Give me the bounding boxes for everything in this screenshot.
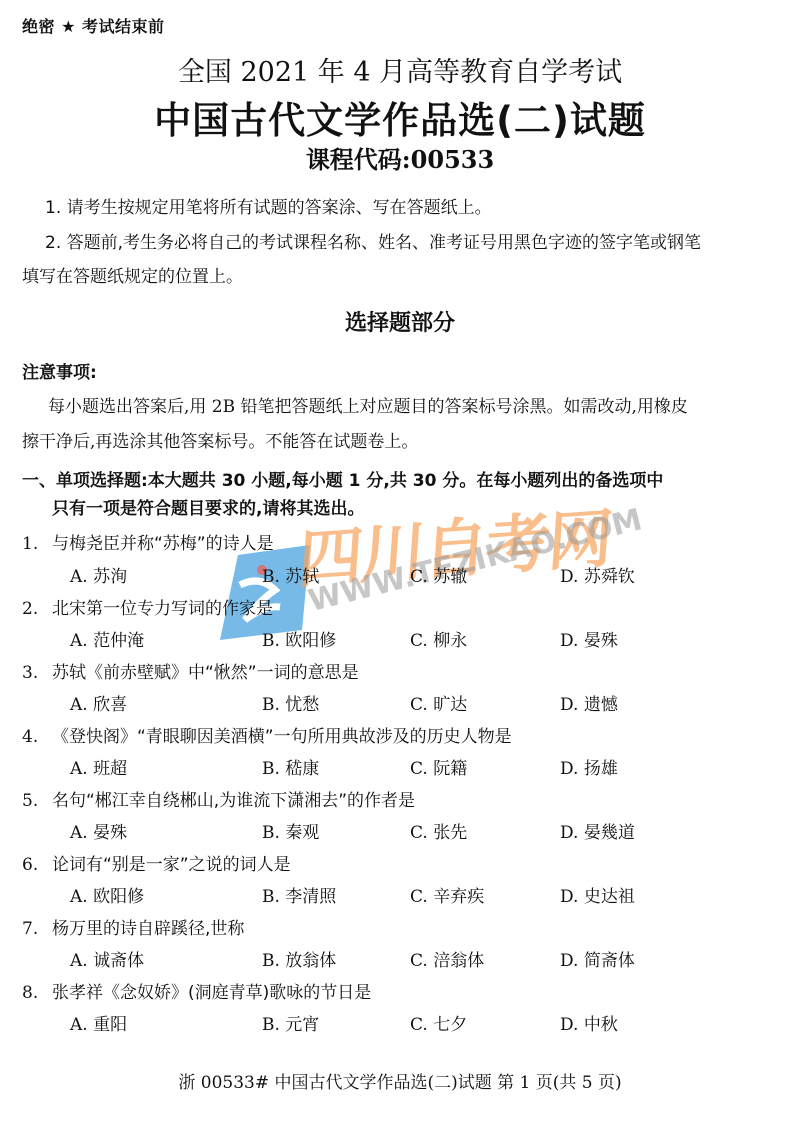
question-3: 3.苏轼《前赤壁赋》中“愀然”一词的意思是 bbox=[22, 658, 359, 683]
question-2: 2.北宋第一位专力写词的作家是 bbox=[22, 594, 273, 619]
option-d: D. 苏舜钦 bbox=[560, 562, 635, 587]
option-b: B. 苏轼 bbox=[262, 562, 319, 587]
option-a: A. 欧阳修 bbox=[70, 882, 144, 907]
option-c: C. 七夕 bbox=[410, 1010, 467, 1035]
option-b: B. 李清照 bbox=[262, 882, 336, 907]
option-b: B. 忧愁 bbox=[262, 690, 319, 715]
option-a: A. 诚斋体 bbox=[70, 946, 144, 971]
option-a: A. 班超 bbox=[70, 754, 127, 779]
option-d: D. 史达祖 bbox=[560, 882, 635, 907]
instruction-2: 2. 答题前,考生务必将自己的考试课程名称、姓名、准考证号用黑色字迹的签字笔或钢… bbox=[45, 228, 701, 253]
option-c: C. 苏辙 bbox=[410, 562, 467, 587]
option-d: D. 晏殊 bbox=[560, 626, 618, 651]
question-4: 4.《登快阁》“青眼聊因美酒横”一句所用典故涉及的历史人物是 bbox=[22, 722, 512, 747]
notice-heading: 注意事项: bbox=[22, 358, 97, 383]
option-d: D. 扬雄 bbox=[560, 754, 618, 779]
option-d: D. 简斋体 bbox=[560, 946, 635, 971]
exam-title: 全国 2021 年 4 月高等教育自学考试 bbox=[0, 50, 800, 89]
question-6: 6.论词有“别是一家”之说的词人是 bbox=[22, 850, 291, 875]
paper-title: 中国古代文学作品选(二)试题 bbox=[0, 90, 800, 144]
option-b: B. 秦观 bbox=[262, 818, 319, 843]
instruction-2-cont: 填写在答题纸规定的位置上。 bbox=[22, 262, 243, 287]
option-a: A. 晏殊 bbox=[70, 818, 127, 843]
option-c: C. 旷达 bbox=[410, 690, 467, 715]
notice-text-1: 每小题选出答案后,用 2B 铅笔把答题纸上对应题目的答案标号涂黑。如需改动,用橡… bbox=[48, 392, 688, 417]
option-c: C. 阮籍 bbox=[410, 754, 467, 779]
option-a: A. 苏洵 bbox=[70, 562, 127, 587]
option-c: C. 柳永 bbox=[410, 626, 467, 651]
question-7: 7.杨万里的诗自辟蹊径,世称 bbox=[22, 914, 244, 939]
question-5: 5.名句“郴江幸自绕郴山,为谁流下潇湘去”的作者是 bbox=[22, 786, 415, 811]
watermark-url: WWW.TFZIKAO.COM bbox=[305, 502, 645, 619]
section-title: 选择题部分 bbox=[0, 306, 800, 337]
option-c: C. 涪翁体 bbox=[410, 946, 484, 971]
question-8: 8.张孝祥《念奴娇》(洞庭青草)歌咏的节日是 bbox=[22, 978, 371, 1003]
option-b: B. 欧阳修 bbox=[262, 626, 336, 651]
option-b: B. 元宵 bbox=[262, 1010, 319, 1035]
option-d: D. 中秋 bbox=[560, 1010, 618, 1035]
course-code: 课程代码:00533 bbox=[0, 140, 800, 175]
notice-text-2: 擦干净后,再选涂其他答案标号。不能答在试题卷上。 bbox=[22, 427, 418, 452]
instruction-1: 1. 请考生按规定用笔将所有试题的答案涂、写在答题纸上。 bbox=[45, 193, 492, 218]
option-d: D. 晏幾道 bbox=[560, 818, 635, 843]
option-d: D. 遗憾 bbox=[560, 690, 618, 715]
part1-heading: 一、单项选择题:本大题共 30 小题,每小题 1 分,共 30 分。在每小题列出… bbox=[22, 466, 663, 491]
option-c: C. 辛弃疾 bbox=[410, 882, 484, 907]
question-1: 1.与梅尧臣并称“苏梅”的诗人是 bbox=[22, 529, 274, 554]
confidential-label: 绝密 ★ 考试结束前 bbox=[22, 14, 165, 37]
page-footer: 浙 00533# 中国古代文学作品选(二)试题 第 1 页(共 5 页) bbox=[0, 1068, 800, 1093]
option-a: A. 范仲淹 bbox=[70, 626, 144, 651]
option-b: B. 放翁体 bbox=[262, 946, 336, 971]
option-b: B. 嵇康 bbox=[262, 754, 319, 779]
option-c: C. 张先 bbox=[410, 818, 467, 843]
part1-heading-cont: 只有一项是符合题目要求的,请将其选出。 bbox=[52, 494, 364, 519]
option-a: A. 欣喜 bbox=[70, 690, 127, 715]
option-a: A. 重阳 bbox=[70, 1010, 127, 1035]
